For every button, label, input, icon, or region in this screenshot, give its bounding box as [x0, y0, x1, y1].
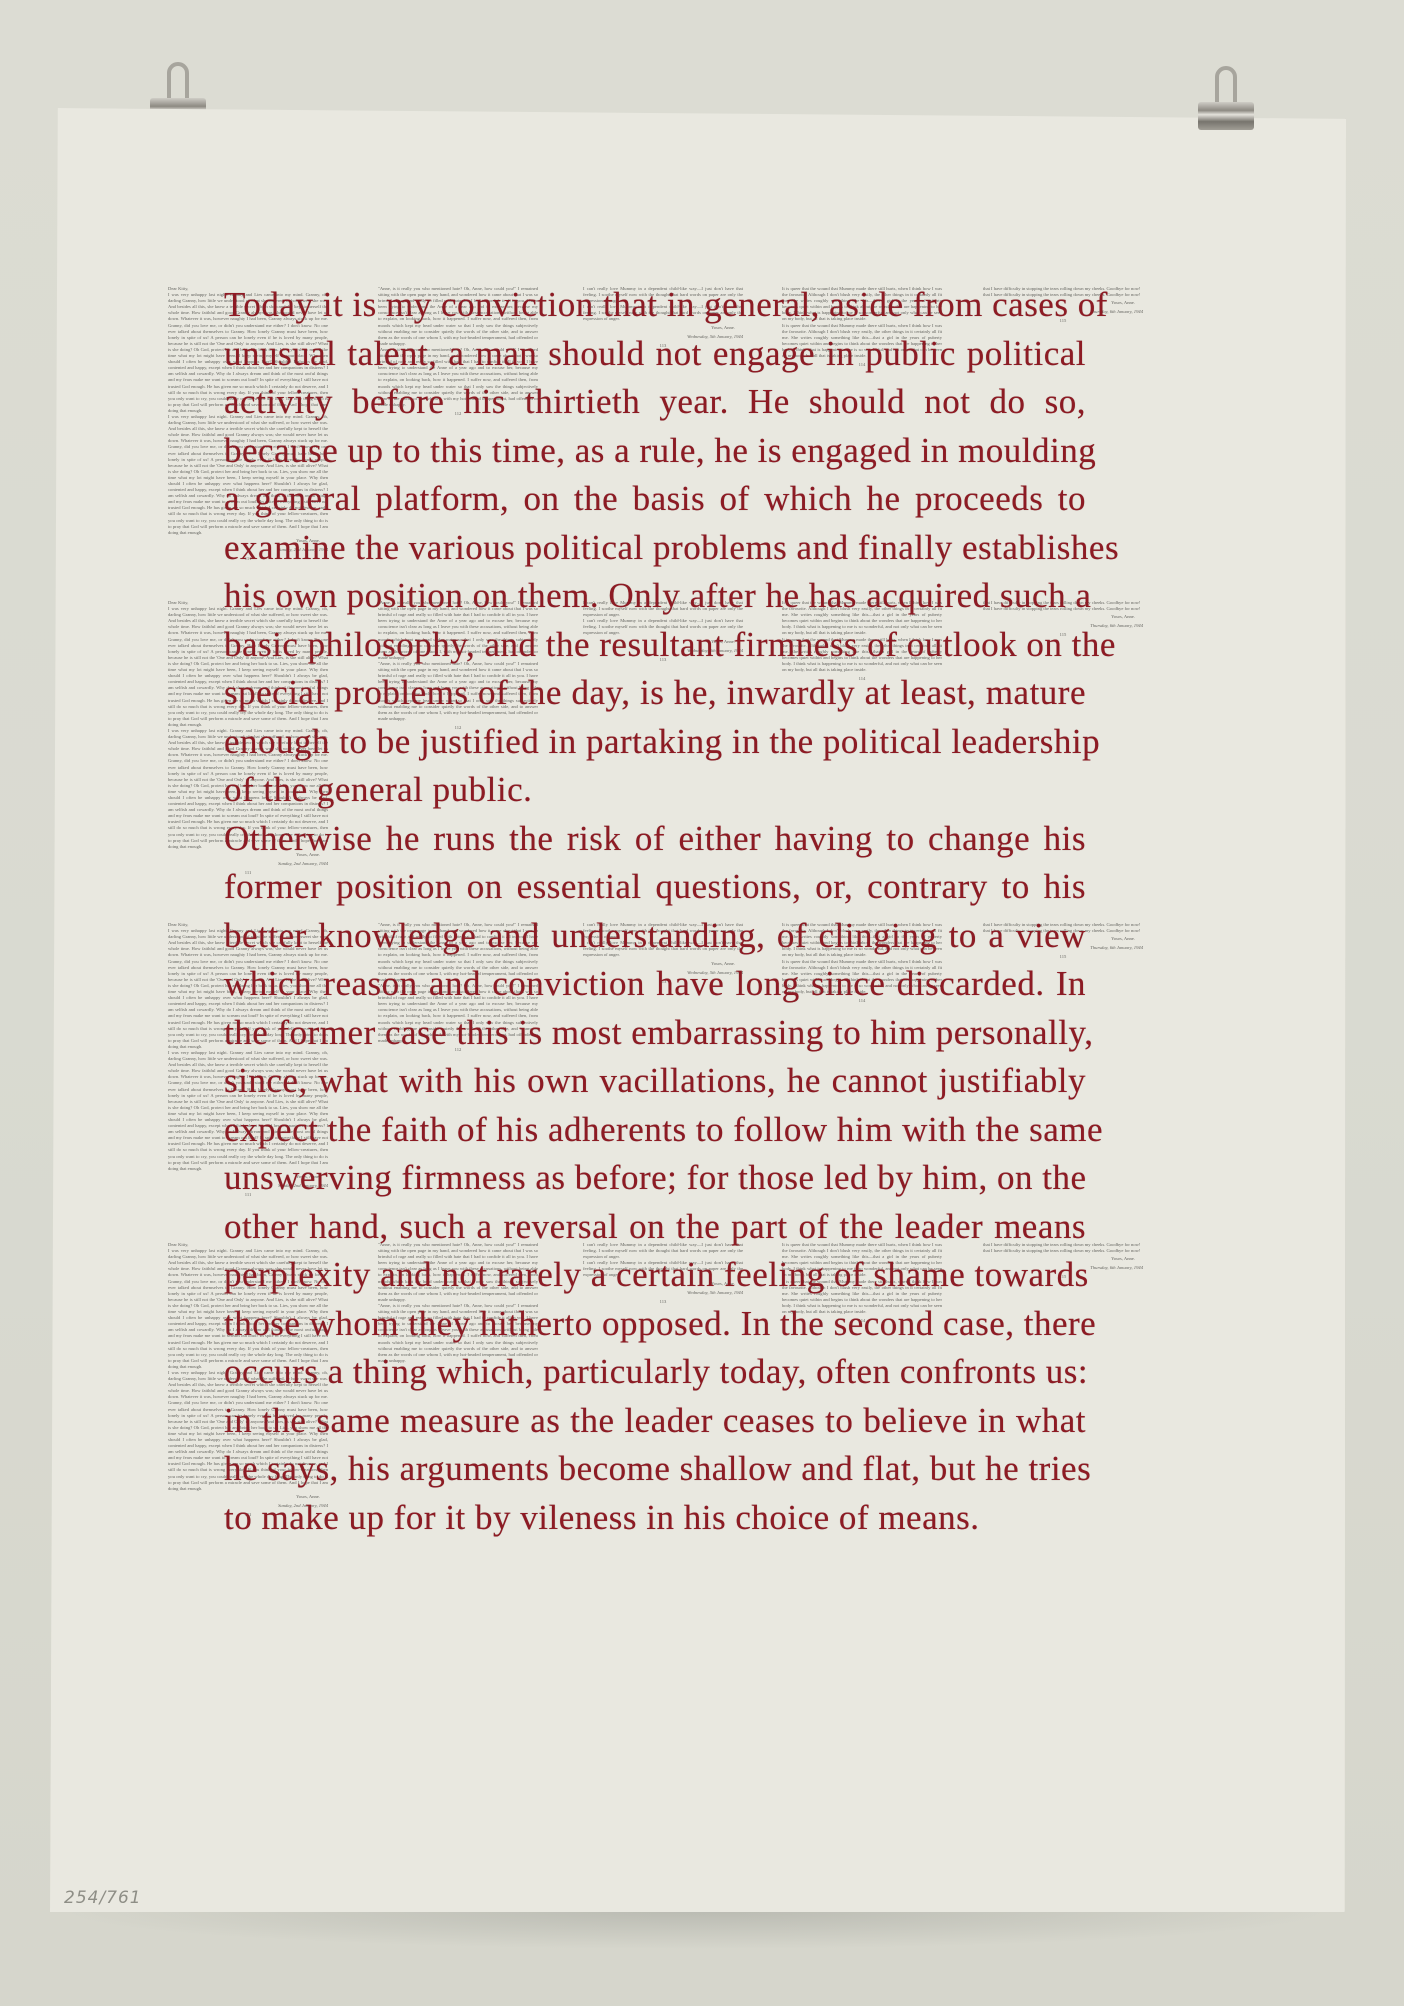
overlay-text-line: Otherwise he runs the risk of either hav… — [224, 811, 1086, 866]
overlay-text-line: because up to this time, as a rule, he i… — [224, 423, 1086, 478]
overlay-text-line: the former case this is most embarrassin… — [224, 1005, 1086, 1060]
overlay-text-line: unusual talent, a man should not engage … — [224, 326, 1086, 381]
clip-body — [1198, 102, 1254, 130]
overlay-text-line: occurs a thing which, particularly today… — [224, 1344, 1086, 1399]
overlay-text-line: a general platform, on the basis of whic… — [224, 471, 1086, 526]
overlay-text-line: examine the various political problems a… — [224, 520, 1086, 575]
overlay-text-line: basic philosophy, and the resultant firm… — [224, 617, 1086, 672]
overlay-text-line: in the same measure as the leader ceases… — [224, 1393, 1086, 1448]
overlay-text-line: other hand, such a reversal on the part … — [224, 1199, 1086, 1254]
overlay-text-line: former position on essential questions, … — [224, 859, 1086, 914]
clip-ring-icon — [1215, 66, 1237, 106]
overlay-text-line: enough to be justified in partaking in t… — [224, 714, 1086, 769]
overlay-text-line: unswerving firmness as before; for those… — [224, 1150, 1086, 1205]
edition-number: 254/761 — [64, 1888, 142, 1908]
overlay-text-line: Today it is my conviction that in genera… — [224, 277, 1086, 332]
overlay-text-line: of the general public. — [224, 762, 1086, 817]
overlay-text-line: those whom they hitherto opposed. In the… — [224, 1296, 1086, 1351]
overlay-text-line: which reason and conviction have long si… — [224, 956, 1086, 1011]
overlay-text-line: better knowledge and understanding, of c… — [224, 908, 1086, 963]
overlay-text-line: since, what with his own vacillations, h… — [224, 1053, 1086, 1108]
overlay-text-line: he says, his arguments become shallow an… — [224, 1441, 1086, 1496]
overlay-text-line: perplexity and not rarely a certain feel… — [224, 1247, 1086, 1302]
overlay-text-line: to make up for it by vileness in his cho… — [224, 1490, 1086, 1545]
overlay-text-line: expect the faith of his adherents to fol… — [224, 1102, 1086, 1157]
overlay-text-line: activity before his thirtieth year. He s… — [224, 374, 1086, 429]
paper-shadow — [46, 1910, 1346, 1950]
overlay-text-line: his own position on them. Only after he … — [224, 568, 1086, 623]
overlay-text-line: special problems of the day, is he, inwa… — [224, 665, 1086, 720]
clip-ring-icon — [167, 62, 189, 102]
binder-clip-right — [1198, 66, 1254, 130]
